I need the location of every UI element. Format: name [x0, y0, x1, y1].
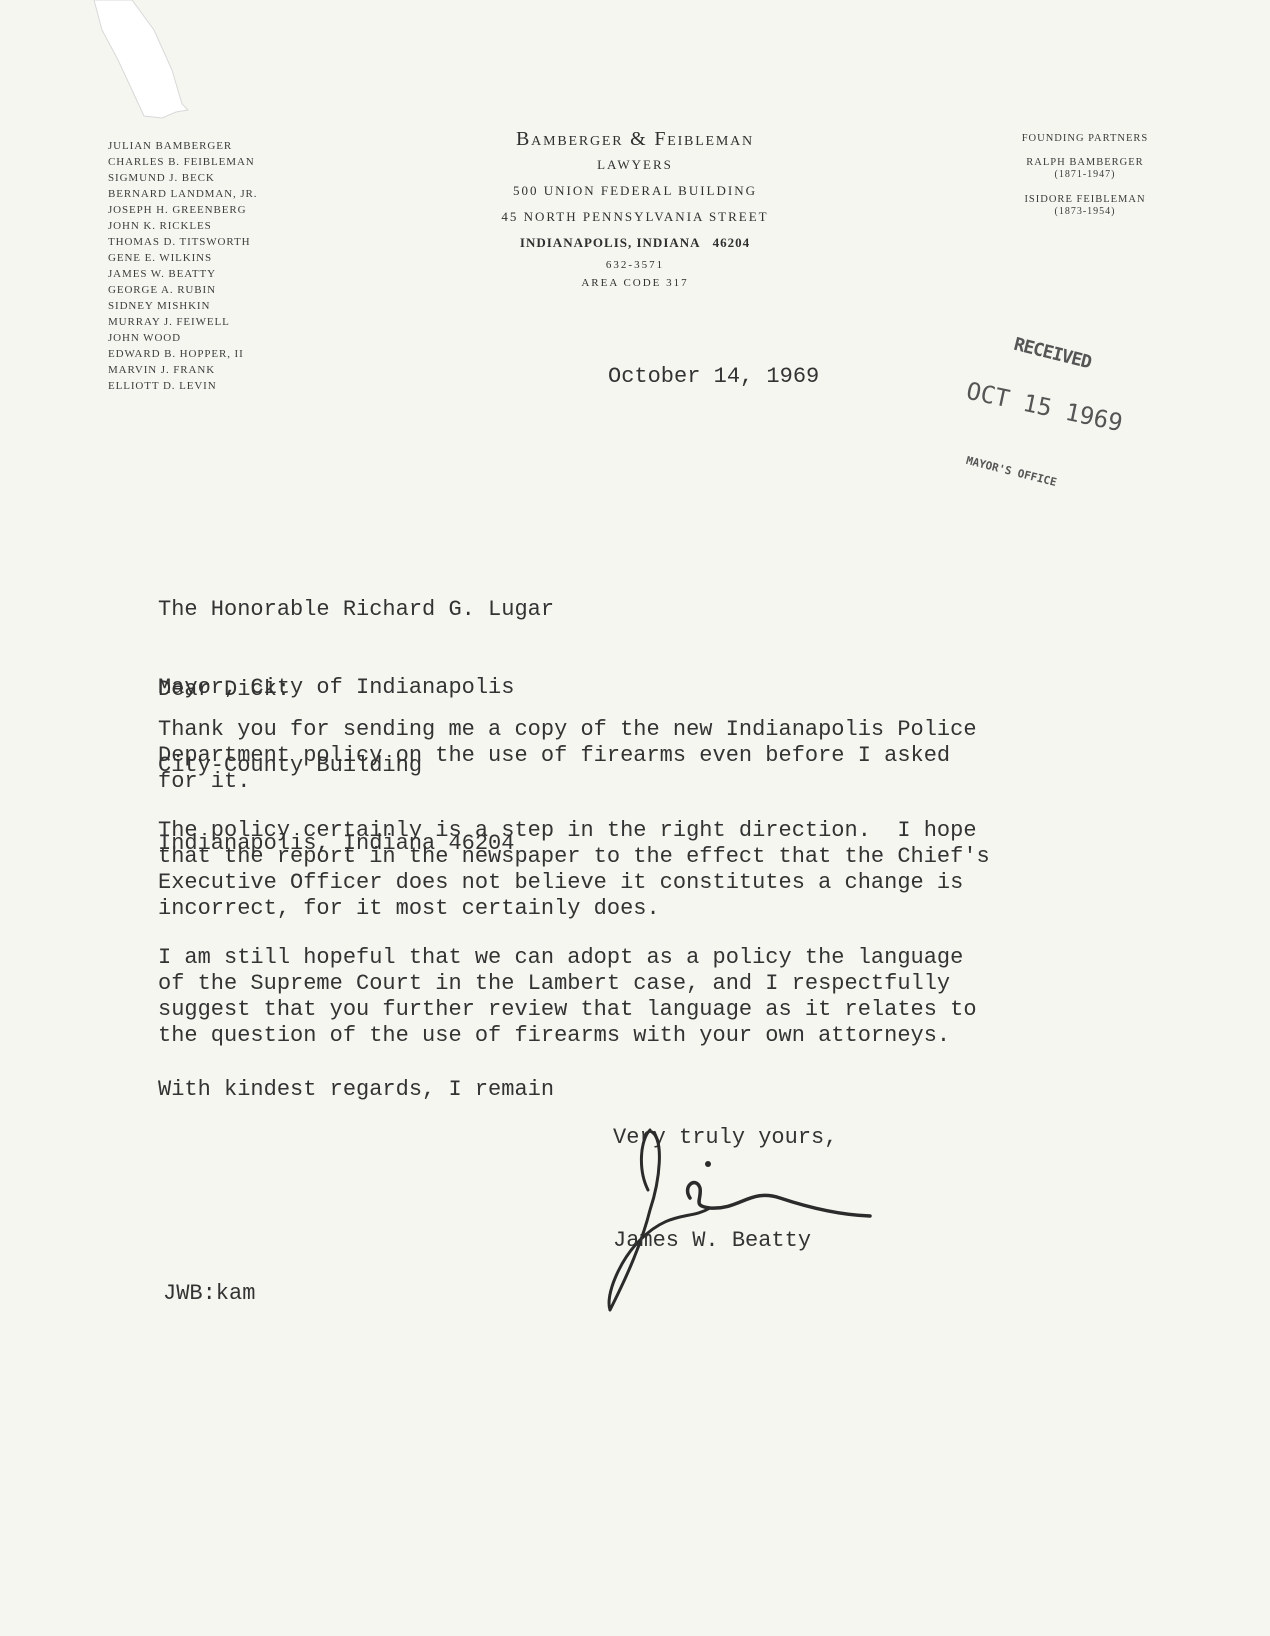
partner-name: Elliott D. Levin [108, 378, 257, 394]
stamp-date: OCT 15 1969 [964, 377, 1125, 437]
received-stamp: RECEIVED OCT 15 1969 MAYOR'S OFFICE [955, 335, 1145, 505]
stamp-label: RECEIVED [1012, 334, 1093, 373]
firm-city-line: INDIANAPOLIS, INDIANA 46204 [400, 230, 870, 256]
torn-paper-mark [92, 0, 202, 120]
partner-name: Murray J. Feiwell [108, 314, 257, 330]
reference-initials: JWB:kam [163, 1281, 255, 1307]
partner-name: Thomas D. Titsworth [108, 234, 257, 250]
partner-name: Bernard Landman, Jr. [108, 186, 257, 202]
body-paragraph: The policy certainly is a step in the ri… [158, 818, 990, 922]
founder-name: RALPH BAMBERGER [1000, 156, 1170, 169]
recipient-line: The Honorable Richard G. Lugar [158, 597, 554, 623]
founding-partners-heading: FOUNDING PARTNERS [1000, 133, 1170, 144]
salutation: Dear Dick: [158, 677, 290, 703]
firm-phone: 632-3571 [400, 256, 870, 274]
firm-subtitle: LAWYERS [400, 152, 870, 178]
firm-area-code: AREA CODE 317 [400, 274, 870, 292]
stamp-office: MAYOR'S OFFICE [965, 454, 1058, 489]
partner-name: George A. Rubin [108, 282, 257, 298]
founder-name: ISIDORE FEIBLEMAN [1000, 193, 1170, 206]
founding-partners: FOUNDING PARTNERS RALPH BAMBERGER (1871-… [1000, 133, 1170, 230]
partner-name: Marvin J. Frank [108, 362, 257, 378]
partner-name: John K. Rickles [108, 218, 257, 234]
partner-name: Sidney Mishkin [108, 298, 257, 314]
partner-name: Sigmund J. Beck [108, 170, 257, 186]
letterhead: Bamberger & Feibleman LAWYERS 500 UNION … [400, 126, 870, 292]
partner-name: Gene E. Wilkins [108, 250, 257, 266]
partner-list: Julian Bamberger Charles B. Feibleman Si… [108, 138, 257, 394]
founder-years: (1871-1947) [1000, 169, 1170, 181]
body-paragraph: I am still hopeful that we can adopt as … [158, 945, 977, 1049]
founder-years: (1873-1954) [1000, 206, 1170, 218]
firm-address-line1: 500 UNION FEDERAL BUILDING [400, 178, 870, 204]
firm-address-line2: 45 NORTH PENNSYLVANIA STREET [400, 204, 870, 230]
partner-name: Edward B. Hopper, II [108, 346, 257, 362]
partner-name: Charles B. Feibleman [108, 154, 257, 170]
handwritten-signature [600, 1120, 900, 1320]
body-paragraph: Thank you for sending me a copy of the n… [158, 717, 977, 795]
closing-line: With kindest regards, I remain [158, 1077, 554, 1103]
partner-name: James W. Beatty [108, 266, 257, 282]
firm-name: Bamberger & Feibleman [400, 126, 870, 152]
signer-name: James W. Beatty [613, 1228, 811, 1254]
letter-date: October 14, 1969 [608, 364, 819, 390]
partner-name: Joseph H. Greenberg [108, 202, 257, 218]
partner-name: John Wood [108, 330, 257, 346]
partner-name: Julian Bamberger [108, 138, 257, 154]
